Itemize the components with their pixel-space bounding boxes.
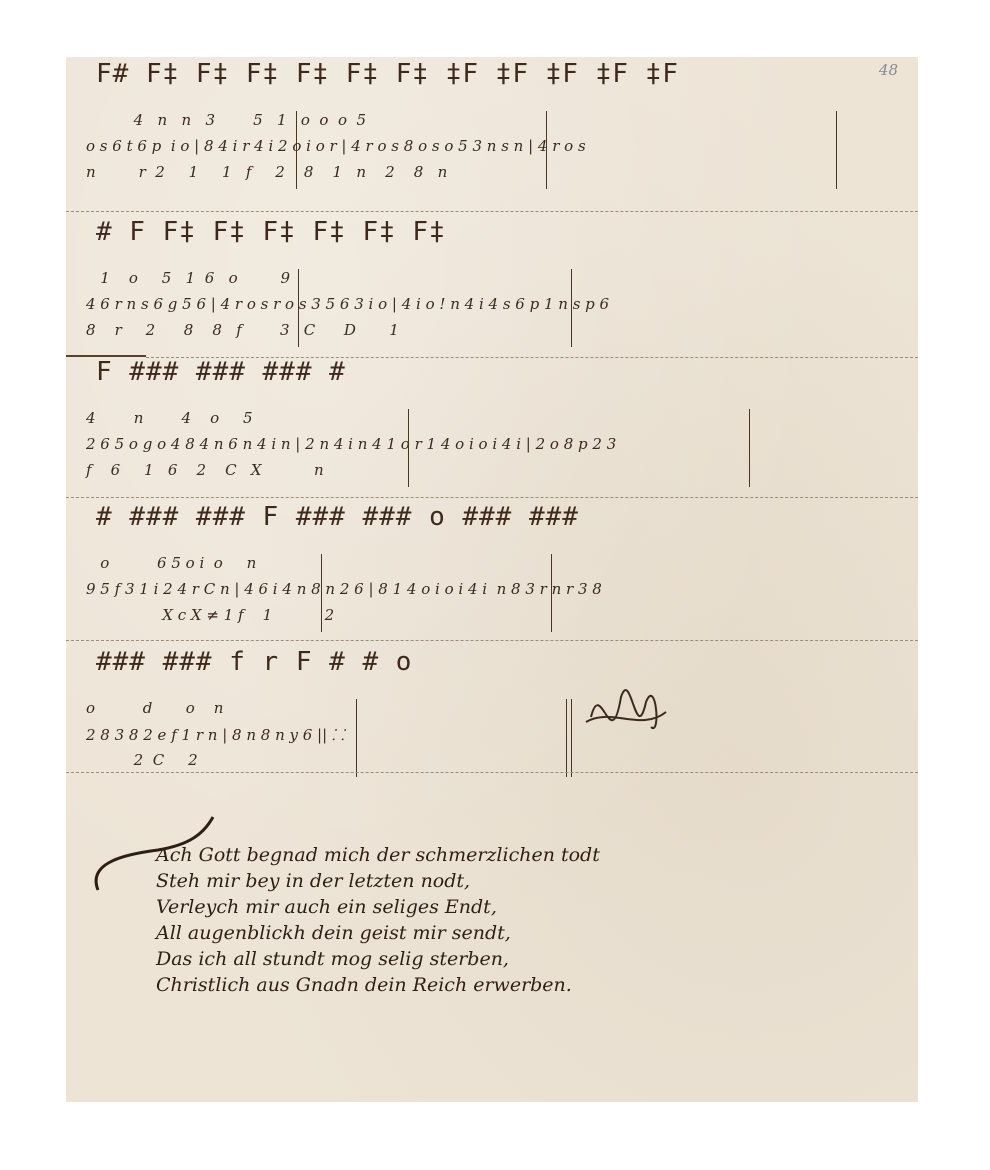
tablature-system-3: F ### ### ### # 4 n 4 o 5 2 6 5 o g o 4 … — [66, 357, 918, 497]
lyric-line: Ach Gott begnad mich der schmerzlichen t… — [156, 842, 836, 868]
lyric-line: All augenblickh dein geist mir sendt, — [156, 920, 836, 946]
bar-line — [408, 409, 409, 487]
final-double-bar — [571, 699, 572, 777]
bar-line — [546, 111, 547, 189]
bar-line — [356, 699, 357, 777]
lyric-line: Steh mir bey in der letzten nodt, — [156, 868, 836, 894]
system-divider — [66, 640, 918, 641]
system-divider — [66, 497, 918, 498]
bar-line — [836, 111, 837, 189]
bar-line — [298, 269, 299, 347]
bar-line — [296, 111, 297, 189]
lyrics-block: Ach Gott begnad mich der schmerzlichen t… — [156, 842, 836, 998]
system-divider — [66, 211, 918, 212]
lyric-line: Das ich all stundt mog selig sterben, — [156, 946, 836, 972]
closing-flourish-icon — [581, 677, 671, 757]
bar-line — [571, 269, 572, 347]
lyric-line: Verleych mir auch ein seliges Endt, — [156, 894, 836, 920]
rhythm-flags: F# F‡ F‡ F‡ F‡ F‡ F‡ ‡F ‡F ‡F ‡F ‡F — [66, 59, 918, 107]
system-divider — [66, 772, 918, 773]
bar-line — [321, 554, 322, 632]
bar-line — [749, 409, 750, 487]
tablature-system-2: # F F‡ F‡ F‡ F‡ F‡ F‡ 1 o 5 1 6 o 9 4 6 … — [66, 217, 918, 357]
lyric-line: Christlich aus Gnadn dein Reich erwerben… — [156, 972, 836, 998]
tablature-system-4: # ### ### F ### ### o ### ### o 6 5 o i … — [66, 502, 918, 642]
manuscript-page: 48 F# F‡ F‡ F‡ F‡ F‡ F‡ ‡F ‡F ‡F ‡F ‡F 4… — [66, 57, 918, 1102]
tablature-system-1: F# F‡ F‡ F‡ F‡ F‡ F‡ ‡F ‡F ‡F ‡F ‡F 4 n … — [66, 59, 918, 209]
bar-line — [551, 554, 552, 632]
final-double-bar — [566, 699, 567, 777]
tablature-system-5: ### ### f r F # # o o d o n 2 8 3 8 2 e … — [66, 647, 918, 777]
